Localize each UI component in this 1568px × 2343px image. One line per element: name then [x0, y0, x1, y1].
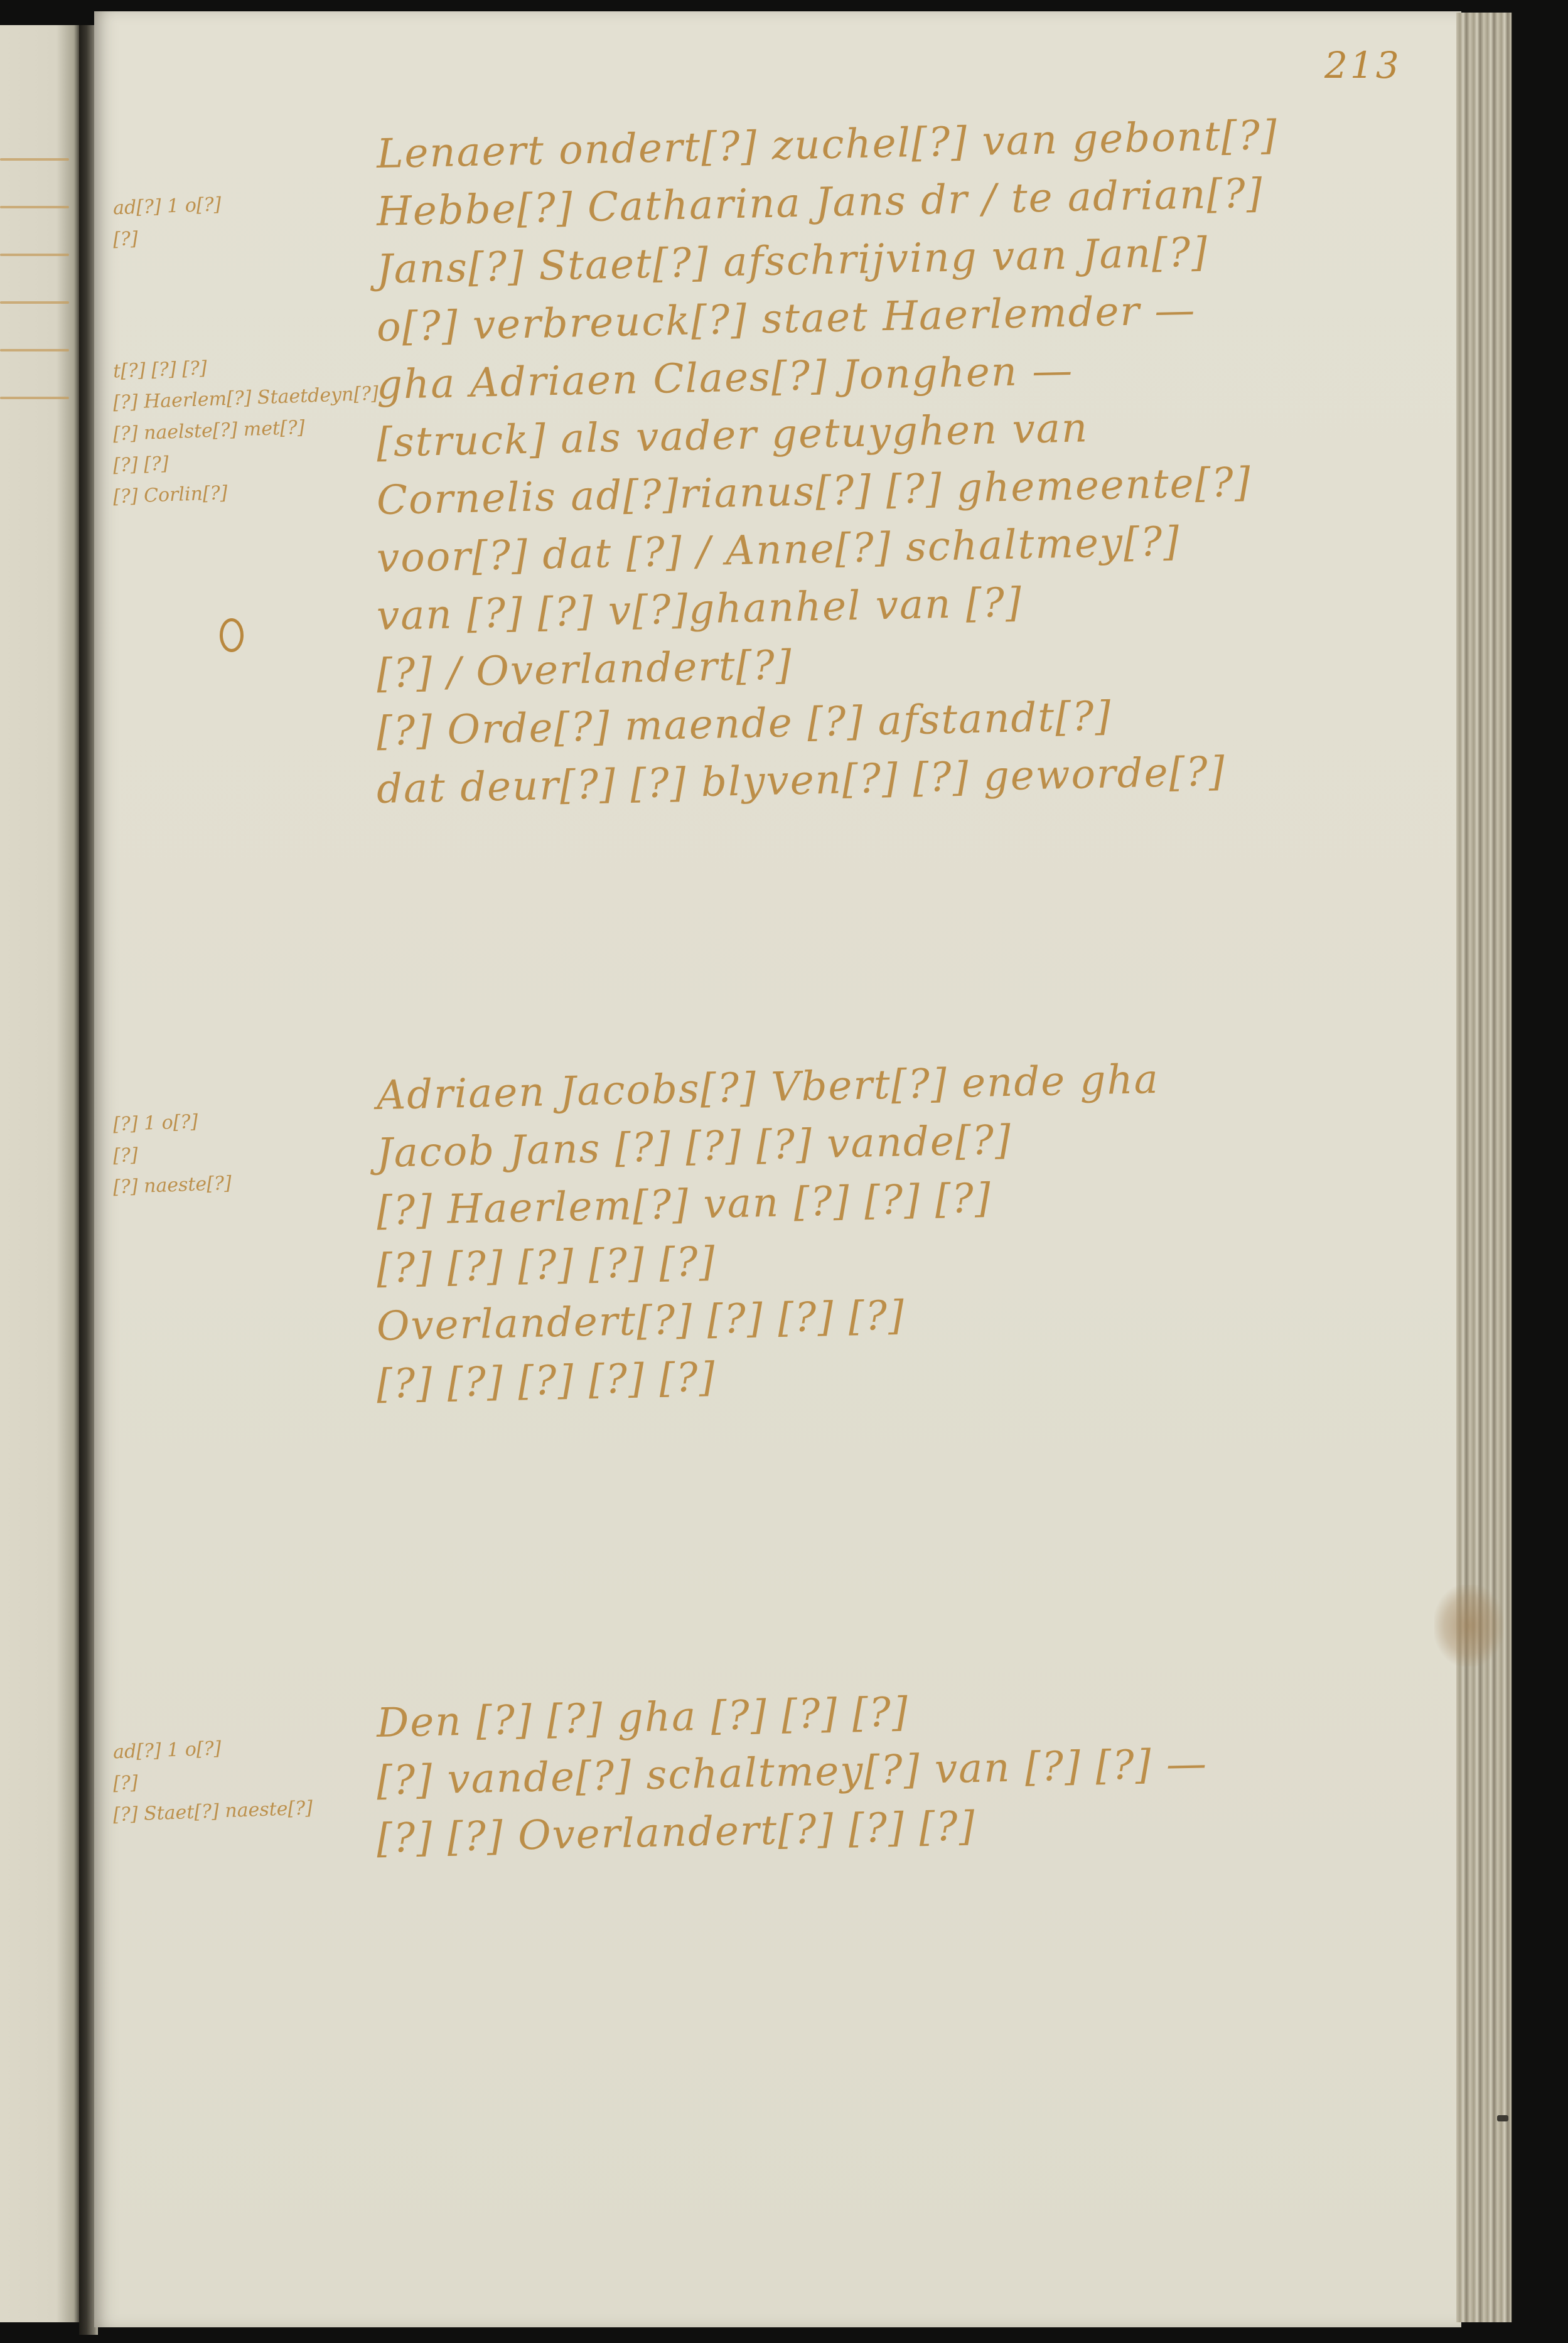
- entry-2-text: Adriaen Jacobs[?] Vbert[?] ende gha Jaco…: [377, 1067, 1456, 1413]
- entry-2-margin-note: [?] 1 o[?] [?] [?] naeste[?]: [113, 1105, 377, 1199]
- entry-1-margin-lines: t[?] [?] [?] [?] Haerlem[?] Staetdeyn[?]…: [113, 351, 377, 508]
- circle-mark: [220, 618, 244, 652]
- left-facing-page: [0, 25, 80, 2322]
- entry-1-margin-note: ad[?] 1 o[?] [?]: [113, 188, 377, 251]
- paper-stain: [1434, 1585, 1503, 1666]
- ink-speck: [1497, 2115, 1508, 2121]
- page-fore-edge: [1456, 13, 1513, 2322]
- folio-number: 213: [1324, 44, 1402, 87]
- entry-3-text: Den [?] [?] gha [?] [?] [?] [?] vande[?]…: [377, 1695, 1456, 1868]
- left-page-ink-fragments: [0, 113, 69, 399]
- entry-3-margin-note: ad[?] 1 o[?] [?] [?] Staet[?] naeste[?]: [113, 1732, 377, 1826]
- entry-1-text: Lenaert ondert[?] zuchel[?] van gebont[?…: [377, 126, 1456, 818]
